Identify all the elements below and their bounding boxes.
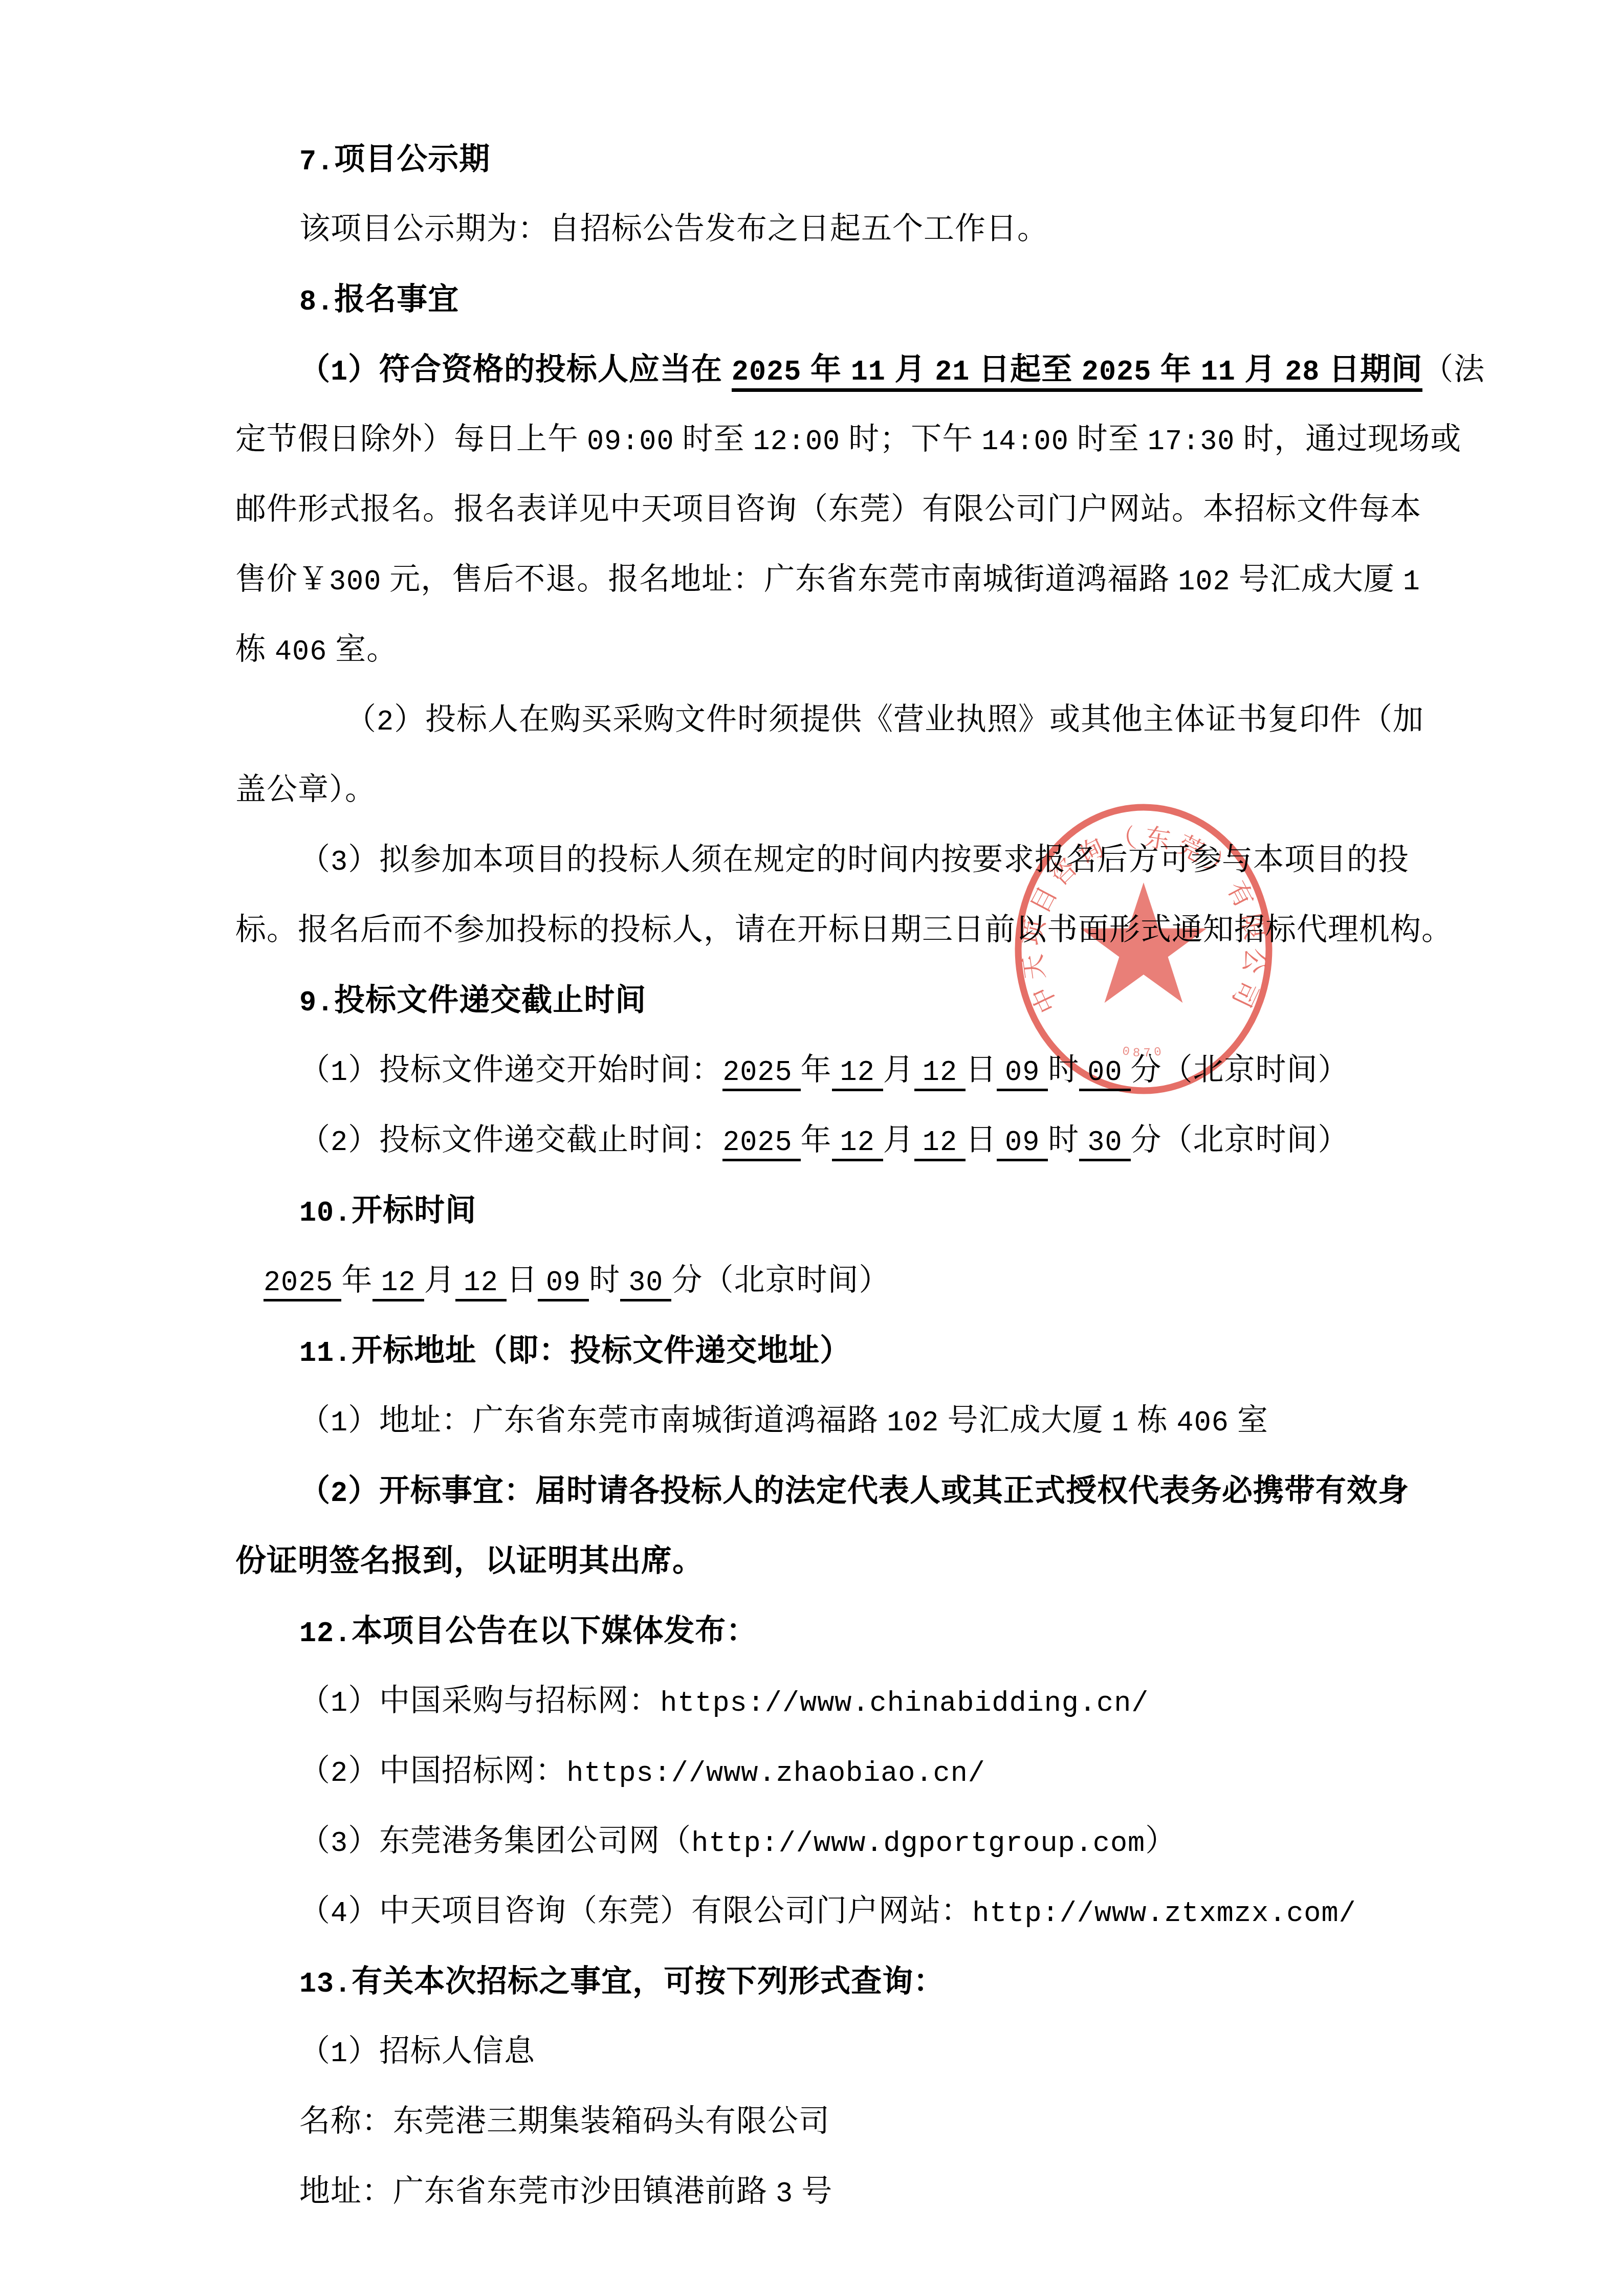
doc-line: 定节假日除外）每日上午 09:00 时至 12:00 时；下午 14:00 时至… xyxy=(235,404,1417,474)
doc-line: 9.投标文件递交截止时间 xyxy=(235,965,1417,1035)
doc-line: 8.报名事宜 xyxy=(235,264,1417,334)
doc-line: 份证明签名报到，以证明其出席。 xyxy=(235,1526,1417,1596)
doc-line: 12.本项目公告在以下媒体发布： xyxy=(235,1596,1417,1666)
doc-line: 栋 406 室。 xyxy=(235,614,1417,685)
doc-line: 2025 年 12 月 12 日 09 时 30 分（北京时间） xyxy=(235,1245,1417,1315)
doc-line: （1）招标人信息 xyxy=(235,2016,1417,2086)
doc-line: 11.开标地址（即：投标文件递交地址） xyxy=(235,1315,1417,1385)
document-page: 7.项目公示期该项目公示期为：自招标公告发布之日起五个工作日。8.报名事宜（1）… xyxy=(0,0,1623,2296)
doc-line: （2）投标人在购买采购文件时须提供《营业执照》或其他主体证书复印件（加 xyxy=(235,685,1417,755)
doc-line: （2）投标文件递交截止时间：2025 年 12 月 12 日 09 时 30 分… xyxy=(235,1105,1417,1175)
doc-line: （3）拟参加本项目的投标人须在规定的时间内按要求报名后方可参与本项目的投 xyxy=(235,825,1417,895)
doc-line: （1）投标文件递交开始时间：2025 年 12 月 12 日 09 时 00 分… xyxy=(235,1035,1417,1105)
doc-line: 10.开标时间 xyxy=(235,1175,1417,1245)
doc-line: （1）符合资格的投标人应当在 2025 年 11 月 21 日起至 2025 年… xyxy=(235,334,1417,404)
doc-line: 标。报名后而不参加投标的投标人，请在开标日期三日前以书面形式通知招标代理机构。 xyxy=(235,895,1417,965)
doc-line: 该项目公示期为：自招标公告发布之日起五个工作日。 xyxy=(235,194,1417,264)
doc-line: （2）中国招标网：https://www.zhaobiao.cn/ xyxy=(235,1736,1417,1806)
doc-line: 邮件形式报名。报名表详见中天项目咨询（东莞）有限公司门户网站。本招标文件每本 xyxy=(235,474,1417,544)
doc-line: 名称：东莞港三期集装箱码头有限公司 xyxy=(235,2086,1417,2156)
doc-line: 售价￥300 元，售后不退。报名地址：广东省东莞市南城街道鸿福路 102 号汇成… xyxy=(235,544,1417,614)
doc-line: 地址：广东省东莞市沙田镇港前路 3 号 xyxy=(235,2156,1417,2226)
document-body: 7.项目公示期该项目公示期为：自招标公告发布之日起五个工作日。8.报名事宜（1）… xyxy=(235,124,1417,2226)
doc-line: 盖公章）。 xyxy=(235,755,1417,825)
doc-line: （3）东莞港务集团公司网（http://www.dgportgroup.com） xyxy=(235,1806,1417,1876)
doc-line: （4）中天项目咨询（东莞）有限公司门户网站：http://www.ztxmzx.… xyxy=(235,1876,1417,1946)
doc-line: 7.项目公示期 xyxy=(235,124,1417,194)
doc-line: （1）地址：广东省东莞市南城街道鸿福路 102 号汇成大厦 1 栋 406 室 xyxy=(235,1385,1417,1455)
doc-line: （2）开标事宜：届时请各投标人的法定代表人或其正式授权代表务必携带有效身 xyxy=(235,1455,1417,1526)
doc-line: （1）中国采购与招标网：https://www.chinabidding.cn/ xyxy=(235,1666,1417,1736)
doc-line: 13.有关本次招标之事宜，可按下列形式查询： xyxy=(235,1946,1417,2016)
